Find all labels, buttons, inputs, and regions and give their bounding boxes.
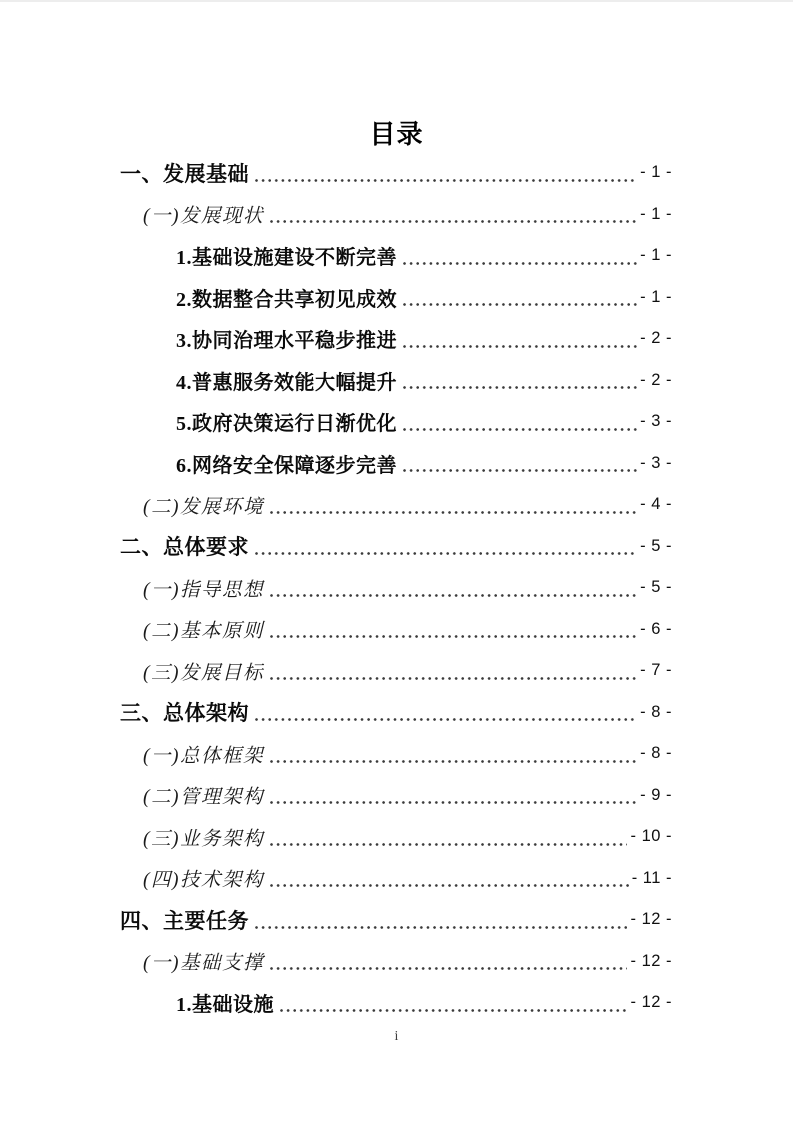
dot-leader: [270, 801, 637, 804]
toc-entry-page-number: - 12 -: [630, 952, 672, 971]
toc-entry-page-number: - 11 -: [632, 869, 672, 888]
toc-entry-label: (一)总体框架: [143, 740, 264, 768]
dot-leader: [255, 179, 637, 182]
toc-entry[interactable]: (二)发展环境 - 4 -: [120, 484, 672, 526]
toc-entry-label: (一)基础支撑: [143, 947, 264, 975]
toc-entry[interactable]: 4.普惠服务效能大幅提升 - 2 -: [120, 360, 672, 402]
toc-entry-label: (三)发展目标: [143, 657, 264, 685]
dot-leader: [270, 884, 629, 887]
toc-entry[interactable]: 2.数据整合共享初见成效 - 1 -: [120, 277, 672, 319]
toc-entry-label: 三、总体架构: [120, 697, 249, 727]
toc-entry[interactable]: 四、主要任务 - 12 -: [120, 899, 672, 941]
toc-entry[interactable]: (二)基本原则 - 6 -: [120, 609, 672, 651]
toc-entry[interactable]: 三、总体架构 - 8 -: [120, 692, 672, 734]
toc-entry-label: 四、主要任务: [120, 905, 249, 935]
toc-entry[interactable]: 3.协同治理水平稳步推进 - 2 -: [120, 318, 672, 360]
dot-leader: [270, 594, 637, 597]
dot-leader: [403, 386, 637, 389]
toc-entry-label: (二)发展环境: [143, 491, 264, 519]
dot-leader: [270, 967, 627, 970]
toc-entry-page-number: - 7 -: [640, 661, 672, 680]
toc-entry-page-number: - 5 -: [640, 537, 672, 556]
toc-list: 一、发展基础 - 1 - (一)发展现状 - 1 - 1.基础设施建设不断完善 …: [120, 152, 672, 1024]
toc-entry[interactable]: 二、总体要求 - 5 -: [120, 526, 672, 568]
toc-entry-label: (一)指导思想: [143, 574, 264, 602]
toc-entry-page-number: - 9 -: [640, 786, 672, 805]
toc-entry-label: 1.基础设施建设不断完善: [176, 241, 397, 270]
toc-entry-page-number: - 12 -: [630, 993, 672, 1012]
toc-entry-page-number: - 5 -: [640, 578, 672, 597]
toc-entry-label: 4.普惠服务效能大幅提升: [176, 366, 397, 395]
document-page: 目录 一、发展基础 - 1 - (一)发展现状 - 1 - 1.基础设施建设不断…: [0, 0, 793, 1122]
toc-entry-label: 一、发展基础: [120, 158, 249, 188]
toc-entry-page-number: - 1 -: [640, 205, 672, 224]
dot-leader: [403, 262, 637, 265]
toc-entry[interactable]: (一)总体框架 - 8 -: [120, 733, 672, 775]
toc-entry[interactable]: (三)业务架构 - 10 -: [120, 816, 672, 858]
toc-entry-page-number: - 3 -: [640, 412, 672, 431]
toc-entry[interactable]: (四)技术架构 - 11 -: [120, 858, 672, 900]
page-footer-number: i: [0, 1027, 793, 1047]
dot-leader: [280, 1009, 627, 1012]
toc-entry-page-number: - 1 -: [640, 163, 672, 182]
toc-entry-page-number: - 12 -: [630, 910, 672, 929]
dot-leader: [403, 345, 637, 348]
toc-entry-label: 1.基础设施: [176, 988, 274, 1017]
toc-entry-page-number: - 1 -: [640, 246, 672, 265]
toc-entry-page-number: - 3 -: [640, 454, 672, 473]
dot-leader: [255, 552, 637, 555]
page-top-edge: [0, 0, 793, 2]
toc-entry-page-number: - 10 -: [630, 827, 672, 846]
toc-entry-label: (四)技术架构: [143, 864, 264, 892]
page-title: 目录: [0, 0, 793, 152]
toc-entry-label: 二、总体要求: [120, 531, 249, 561]
dot-leader: [255, 718, 637, 721]
dot-leader: [270, 760, 637, 763]
toc-entry-label: (二)管理架构: [143, 781, 264, 809]
dot-leader: [270, 511, 637, 514]
dot-leader: [270, 220, 637, 223]
dot-leader: [255, 926, 627, 929]
toc-entry[interactable]: 1.基础设施建设不断完善 - 1 -: [120, 235, 672, 277]
toc-entry-page-number: - 4 -: [640, 495, 672, 514]
toc-entry-label: (三)业务架构: [143, 823, 264, 851]
toc-entry-page-number: - 2 -: [640, 329, 672, 348]
dot-leader: [270, 677, 637, 680]
toc-entry[interactable]: 6.网络安全保障逐步完善 - 3 -: [120, 443, 672, 485]
toc-entry-label: (二)基本原则: [143, 615, 264, 643]
dot-leader: [270, 635, 637, 638]
toc-entry-label: (一)发展现状: [143, 200, 264, 228]
toc-entry[interactable]: (二)管理架构 - 9 -: [120, 775, 672, 817]
toc-entry[interactable]: (一)发展现状 - 1 -: [120, 194, 672, 236]
toc-entry[interactable]: (三)发展目标 - 7 -: [120, 650, 672, 692]
toc-entry[interactable]: (一)指导思想 - 5 -: [120, 567, 672, 609]
toc-entry-page-number: - 6 -: [640, 620, 672, 639]
toc-entry-page-number: - 8 -: [640, 703, 672, 722]
toc-entry[interactable]: 5.政府决策运行日渐优化 - 3 -: [120, 401, 672, 443]
toc-entry-label: 6.网络安全保障逐步完善: [176, 449, 397, 478]
toc-entry[interactable]: 一、发展基础 - 1 -: [120, 152, 672, 194]
toc-entry-label: 5.政府决策运行日渐优化: [176, 407, 397, 436]
dot-leader: [403, 303, 637, 306]
toc-entry-page-number: - 8 -: [640, 744, 672, 763]
toc-entry-label: 2.数据整合共享初见成效: [176, 283, 397, 312]
toc-entry[interactable]: (一)基础支撑 - 12 -: [120, 941, 672, 983]
dot-leader: [403, 469, 637, 472]
toc-entry-label: 3.协同治理水平稳步推进: [176, 324, 397, 353]
toc-entry-page-number: - 1 -: [640, 288, 672, 307]
toc-entry[interactable]: 1.基础设施 - 12 -: [120, 982, 672, 1024]
dot-leader: [270, 843, 627, 846]
toc-entry-page-number: - 2 -: [640, 371, 672, 390]
dot-leader: [403, 428, 637, 431]
